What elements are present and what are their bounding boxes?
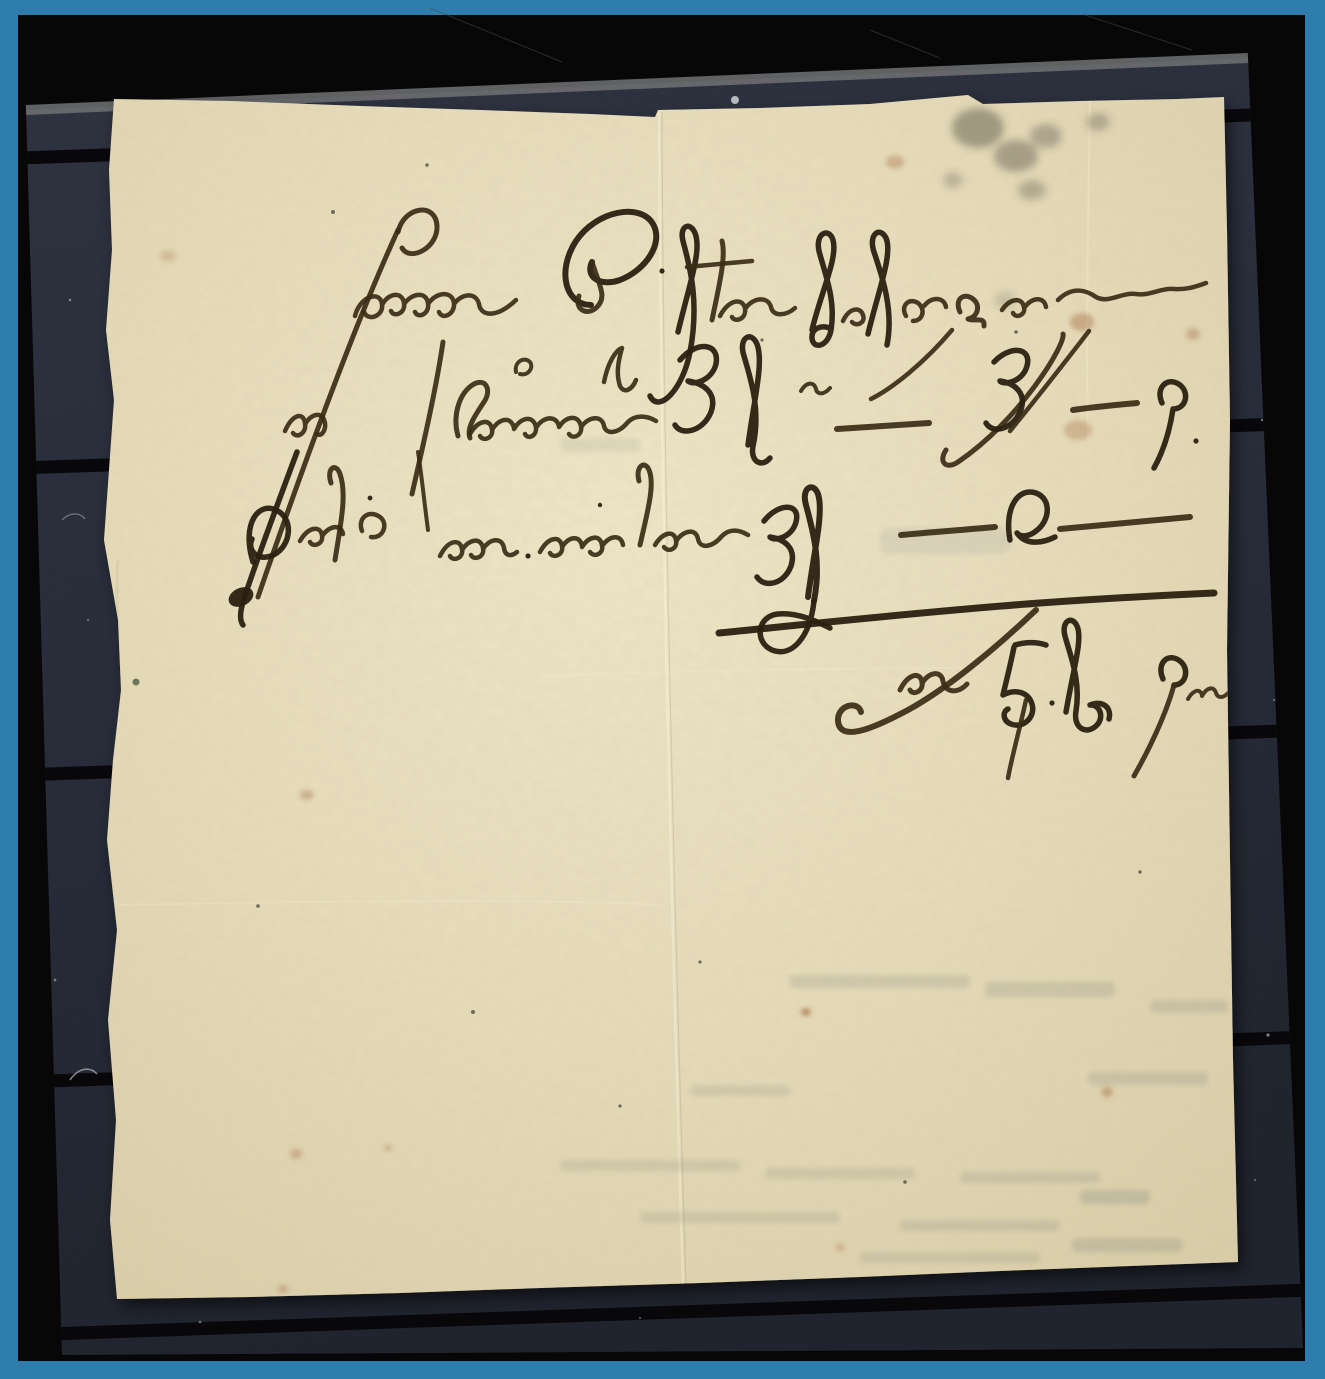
document-scan — [0, 0, 1325, 1379]
green-speck — [133, 679, 140, 686]
scanned-photo: Sorne Pistor beslagen af fiurn 3 ßr — 3 … — [0, 0, 1325, 1379]
